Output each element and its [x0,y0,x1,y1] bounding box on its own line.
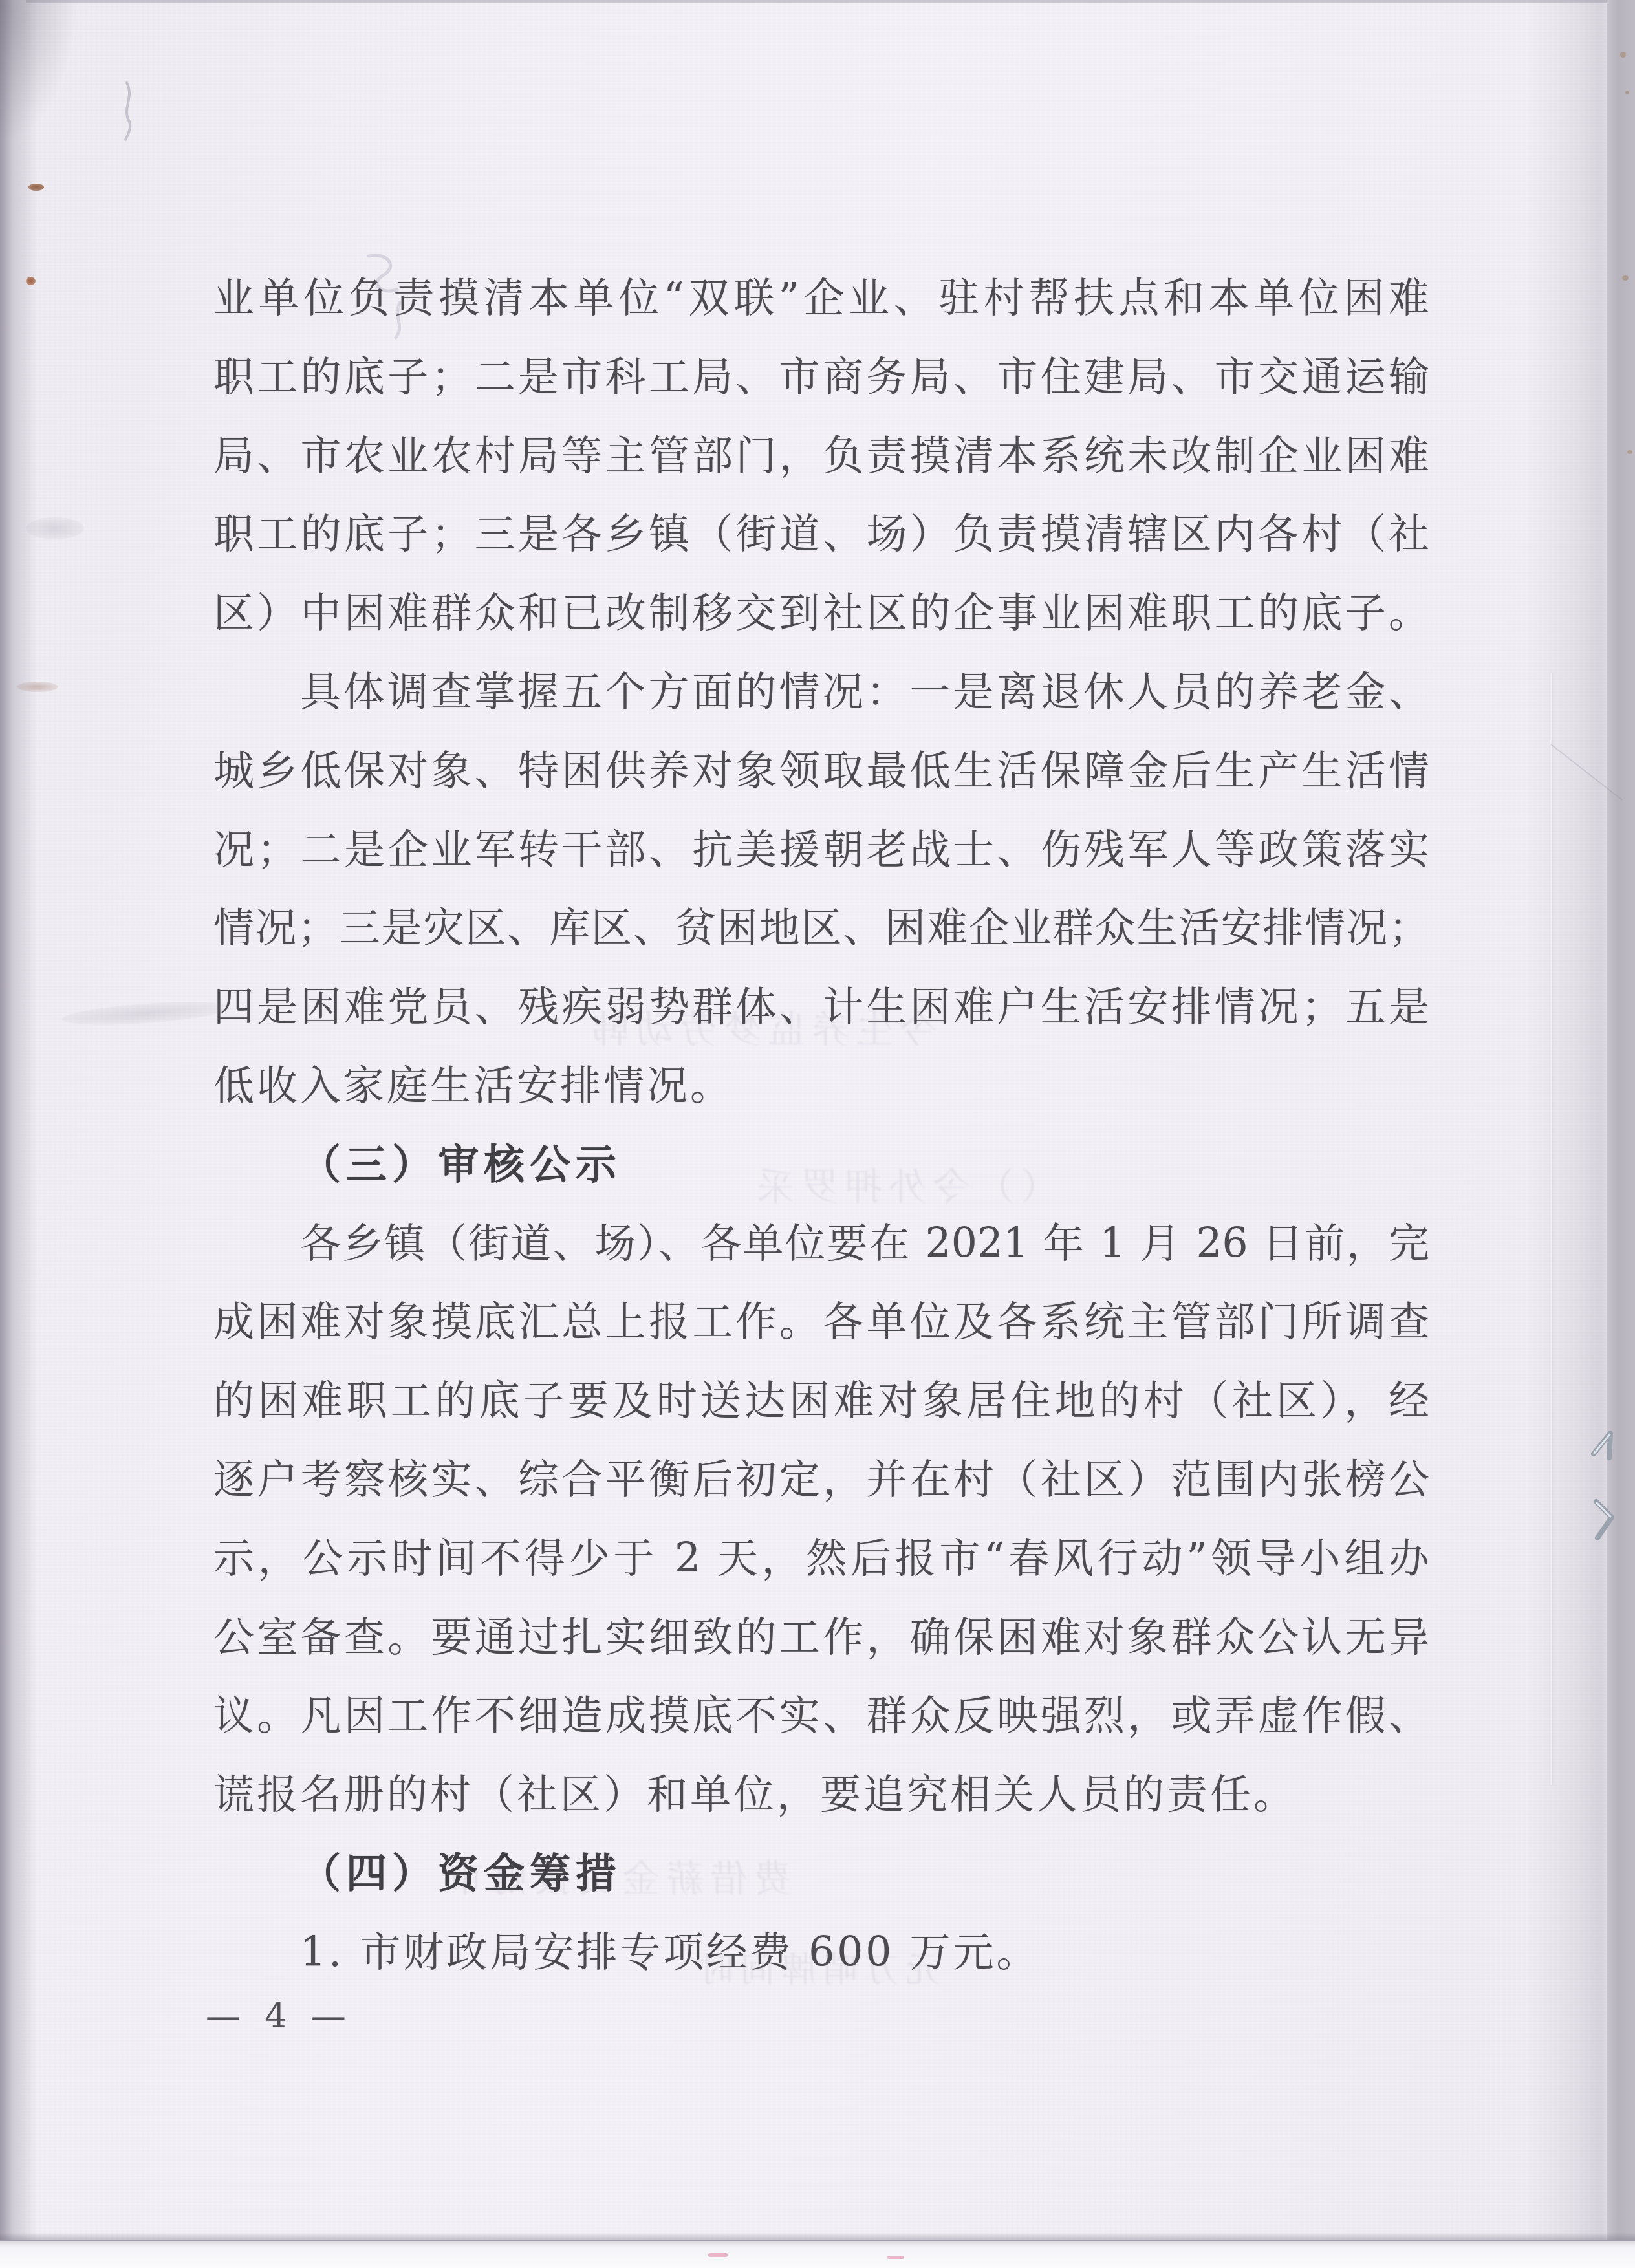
bleedthrough-text: 元万哨牌间时 [692,1943,940,1993]
scanner-speck [1627,450,1632,454]
under-sheet [0,2241,1635,2268]
ink-spot [28,184,44,191]
pink-mark [708,2253,728,2257]
scan-edge-left [0,0,38,2240]
ink-spot [17,682,58,692]
scan-corner-shadow [0,0,78,142]
text-line: 具体调查掌握五个方面的情况：一是离退休人员的养老金、 [213,653,1429,731]
text-line: 公室备查。要通过扎实细致的工作，确保困难对象群众公认无异 [213,1598,1429,1677]
scanner-bed-right [1607,0,1635,2240]
staple-icon [1590,1428,1618,1462]
text-line: 谎报名册的村（社区）和单位，要追究相关人员的责任。 [213,1755,1429,1834]
text-line: （四）资金筹措 [213,1834,1429,1913]
smudge [26,517,84,539]
ink-spot [26,277,36,285]
pencil-mark [354,247,426,344]
scanner-speck [1620,52,1626,58]
pencil-mark [115,79,154,144]
text-line: 局、市农业农村局等主管部门，负责摸清本系统未改制企业困难 [213,416,1429,495]
text-line: 低收入家庭生活安排情况。 [213,1046,1429,1125]
text-line: 的困难职工的底子要及时送达困难对象居住地的村（社区），经 [213,1361,1429,1440]
bleedthrough-text: 今生养监梦劳动韩 [585,999,937,1053]
scanned-document-page: { "page": { "number_label": "— 4 —", "pa… [0,0,1635,2268]
page-bottom-edge [0,2232,1635,2241]
text-line: 况；二是企业军转干部、抗美援朝老战士、伤残军人等政策落实 [213,810,1429,889]
crease-line [1550,673,1552,1785]
text-line: 成困难对象摸底汇总上报工作。各单位及各系统主管部门所调查 [213,1282,1429,1361]
page-right-edge-shadow [1526,0,1607,2240]
bleedthrough-text: （）令外押罗采 [750,1156,1058,1211]
text-line: 职工的底子；二是市科工局、市商务局、市住建局、市交通运输 [213,338,1429,416]
text-line: 区）中困难群众和已改制移交到社区的企事业困难职工的底子。 [213,574,1429,653]
pink-mark [887,2256,904,2259]
text-line: 情况；三是灾区、库区、贫困地区、困难企业群众生活安排情况； [213,889,1429,967]
text-line: 城乡低保对象、特困供养对象领取最低生活保障金后生产生活情 [213,731,1429,810]
text-line: 各乡镇（街道、场）、各单位要在 2021 年 1 月 26 日前，完 [213,1204,1429,1283]
page-number: — 4 — [206,1997,352,2036]
scanner-speck [1622,275,1629,281]
text-line: 逐户考察核实、综合平衡后初定，并在村（社区）范围内张榜公 [213,1440,1429,1519]
text-line: 职工的底子；三是各乡镇（街道、场）负责摸清辖区内各村（社 [213,495,1429,574]
scanner-speck [1625,91,1629,94]
text-block: 业单位负责摸清本单位“双联”企业、驻村帮扶点和本单位困难职工的底子；二是市科工局… [213,259,1429,1992]
text-line: 议。凡因工作不细造成摸底不实、群众反映强烈，或弄虚作假、 [213,1676,1429,1755]
page-top-edge [26,0,1607,3]
staple-icon [1591,1498,1618,1543]
bleedthrough-text: 费借薪金资拨财市 [440,1848,792,1903]
text-line: 示，公示时间不得少于 2 天，然后报市“春风行动”领导小组办 [213,1519,1429,1598]
